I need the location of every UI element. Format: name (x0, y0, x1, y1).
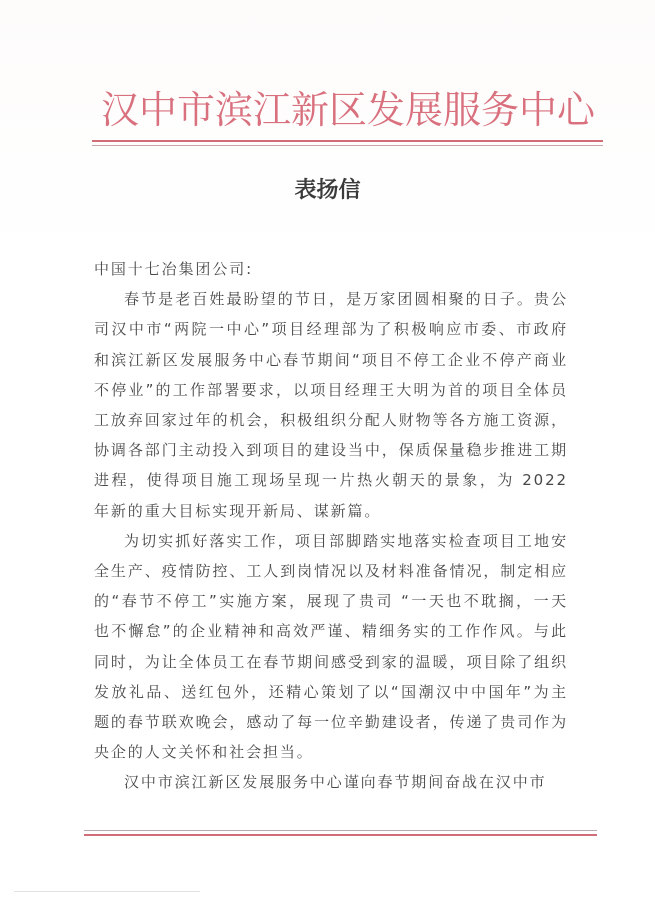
document-title: 表扬信 (0, 175, 655, 205)
letterhead-red-rule (92, 140, 603, 142)
footer-thin-rule (84, 830, 597, 831)
salutation: 中国十七冶集团公司: (94, 254, 568, 284)
letter-body: 中国十七冶集团公司: 春节是老百姓最盼望的节日，是万家团圆相聚的日子。贵公司汉中… (94, 254, 568, 798)
document-page: 汉中市滨江新区发展服务中心 表扬信 中国十七冶集团公司: 春节是老百姓最盼望的节… (0, 0, 655, 900)
scan-edge-line (14, 891, 200, 892)
letterhead-thin-rule (92, 145, 603, 146)
paragraph-2: 为切实抓好落实工作，项目部脚踏实地落实检查项目工地安全生产、疫情防控、工人到岗情… (94, 526, 568, 768)
paragraph-1: 春节是老百姓最盼望的节日，是万家团圆相聚的日子。贵公司汉中市“两院一中心”项目经… (94, 284, 568, 526)
letterhead-organization-name: 汉中市滨江新区发展服务中心 (88, 88, 608, 132)
paragraph-3: 汉中市滨江新区发展服务中心谨向春节期间奋战在汉中市 (94, 767, 568, 797)
footer-red-rule (84, 834, 597, 836)
